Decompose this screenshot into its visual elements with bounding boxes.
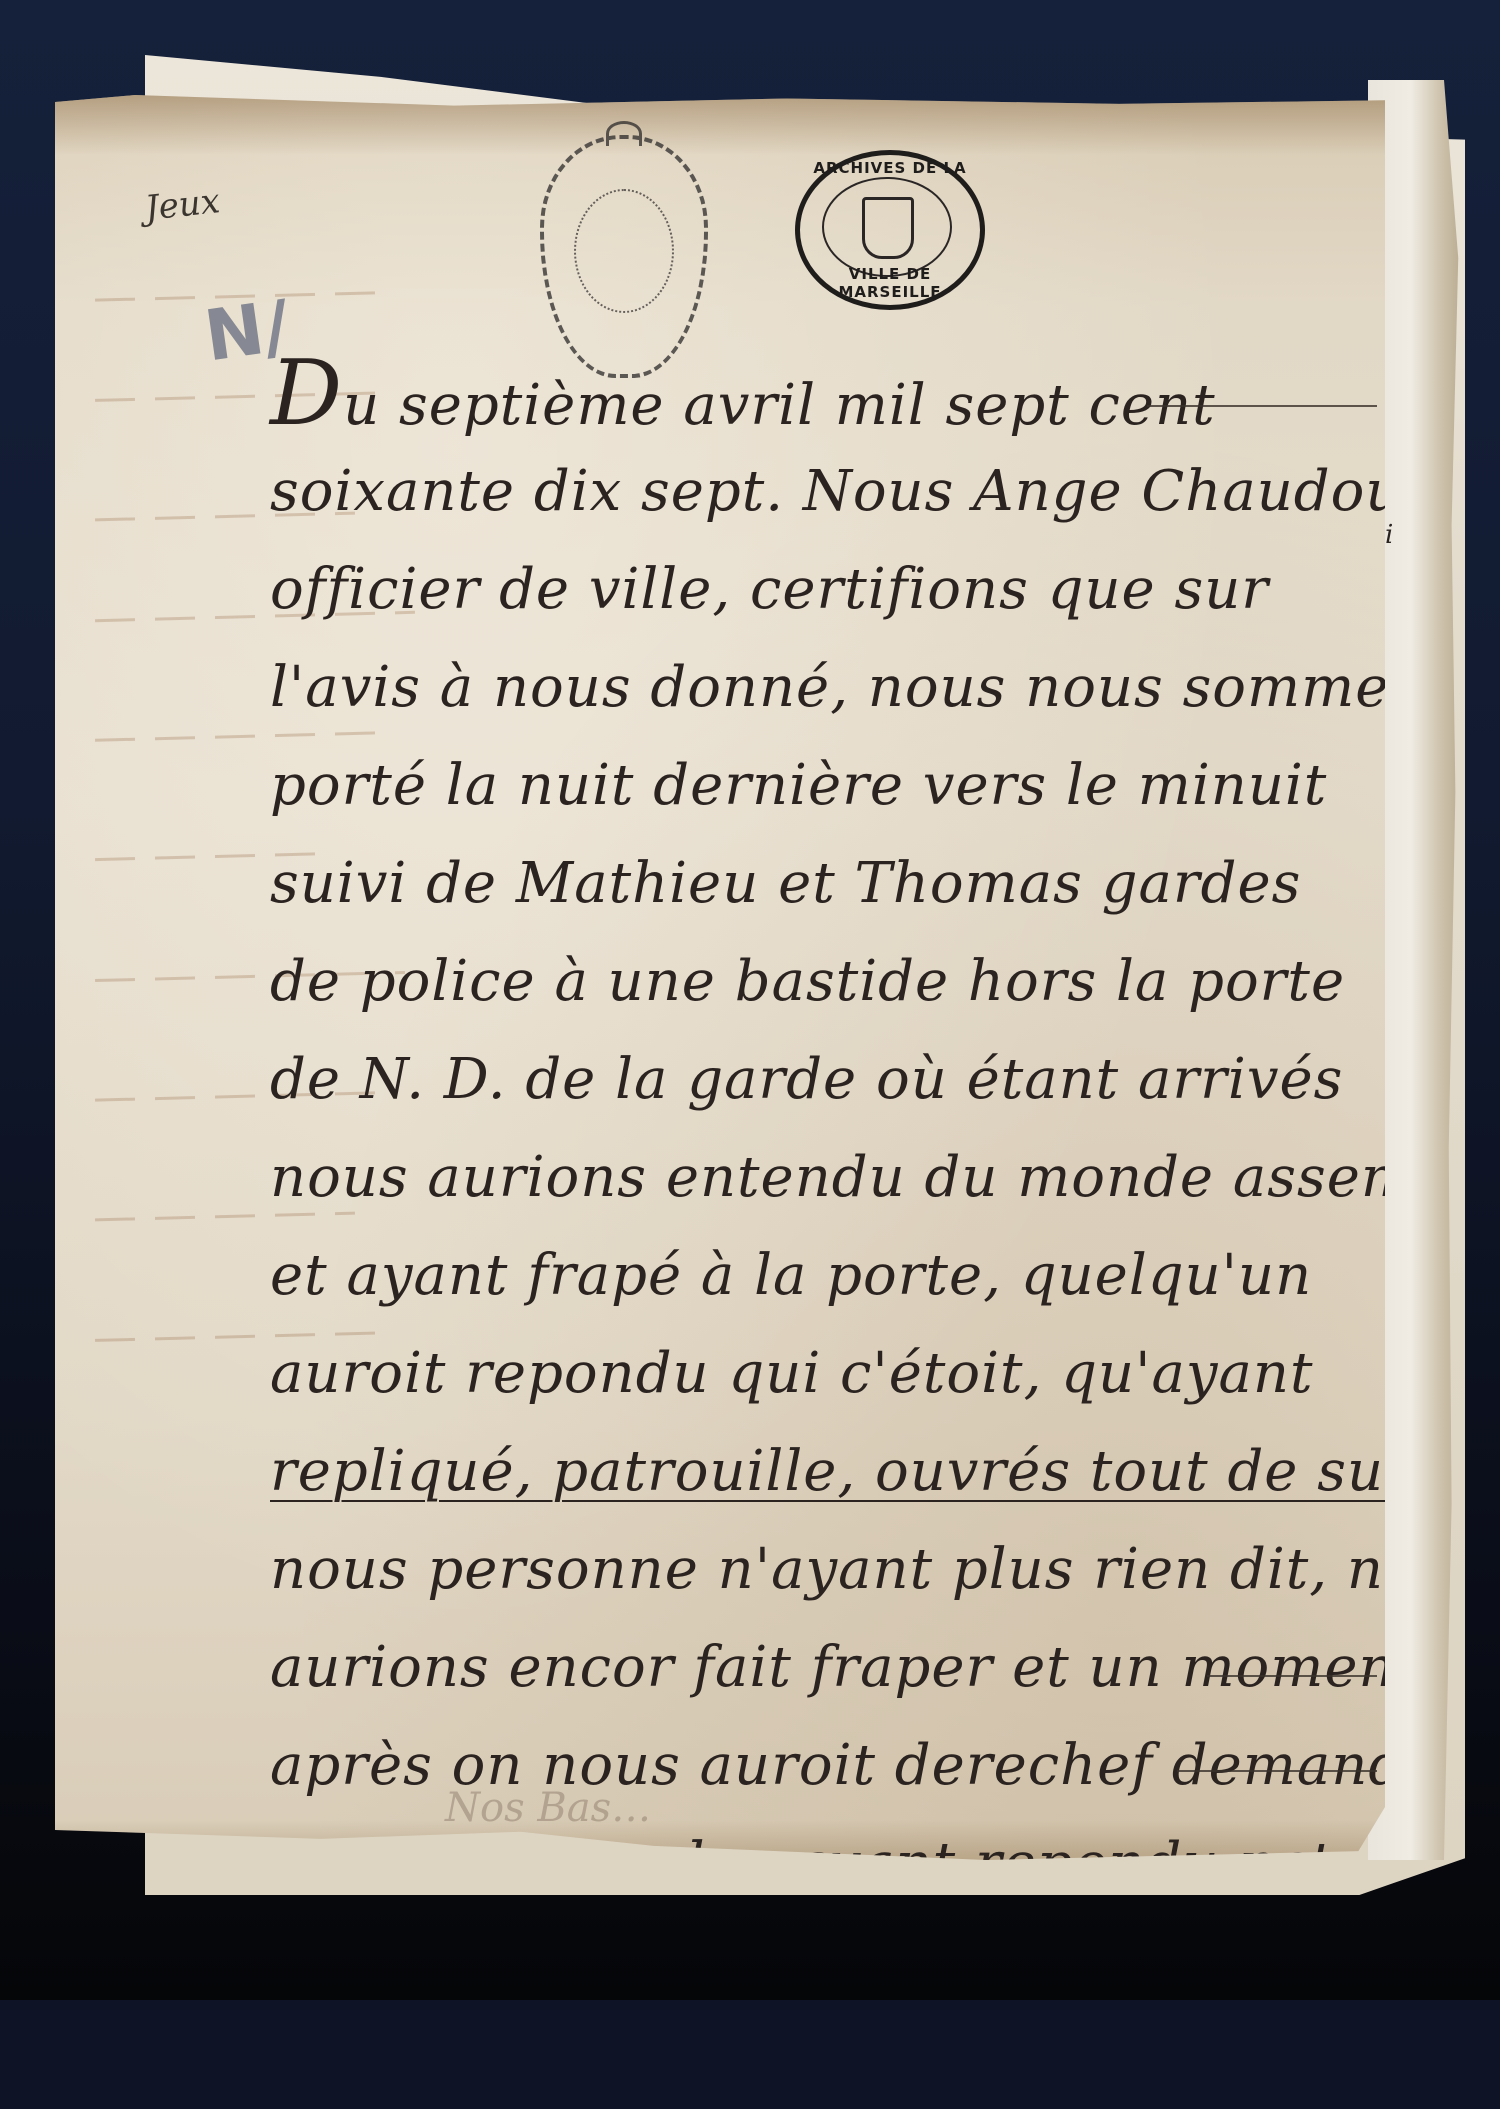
text-line: officier de ville, certifions que sur xyxy=(270,541,1380,639)
text-line: l'avis à nous donné, nous nous sommes xyxy=(270,639,1380,737)
city-arms-icon xyxy=(862,197,914,259)
text-line: nous aurions entendu du monde assemblé xyxy=(270,1129,1380,1227)
text-line: soixante dix sept. Nous Ange Chaudouin xyxy=(270,443,1380,541)
text-line: nous personne n'ayant plus rien dit, nou… xyxy=(270,1521,1380,1619)
line-filler-rule xyxy=(1207,1675,1377,1677)
text-line: aurions encor fait fraper et un moment xyxy=(270,1619,1380,1717)
bleed-through-text: Nos Bas… xyxy=(445,1785,651,1831)
tax-stamp-cartouche xyxy=(540,135,708,378)
text-line: de N. D. de la garde où étant arrivés xyxy=(270,1031,1380,1129)
fleur-de-lis-emblem-icon xyxy=(574,189,674,313)
manuscript-page: Jeux N/ ARCHIVES DE LA VILLE DE MARSEILL… xyxy=(55,95,1385,1860)
text-line: Du septième avril mil sept cent xyxy=(270,345,1380,443)
text-line: auroit repondu qui c'étoit, qu'ayant xyxy=(270,1325,1380,1423)
seal-text-bottom: VILLE DE MARSEILLE xyxy=(800,265,980,301)
underlined-text: repliqué, patrouille, ouvrés tout de sui… xyxy=(270,1439,1461,1504)
text-line: et ayant frapé à la porte, quelqu'un xyxy=(270,1227,1380,1325)
seal-text-top: ARCHIVES DE LA xyxy=(800,159,980,177)
right-margin-mark: i xyxy=(1385,520,1393,550)
text-line: suivi de Mathieu et Thomas gardes xyxy=(270,835,1380,933)
text-line: porté la nuit dernière vers le minuit xyxy=(270,737,1380,835)
margin-note: Jeux xyxy=(143,181,222,229)
handwritten-text: Du septième avril mil sept cent soixante… xyxy=(270,345,1380,2000)
crown-icon xyxy=(606,121,642,146)
text-line: après on nous auroit derechef demandé xyxy=(270,1717,1380,1815)
top-stain xyxy=(55,95,1385,155)
line-filler-rule xyxy=(1147,405,1377,407)
text-line: de police à une bastide hors la porte xyxy=(270,933,1380,1031)
text-line-underlined: repliqué, patrouille, ouvrés tout de sui… xyxy=(270,1423,1380,1521)
archive-seal-stamp: ARCHIVES DE LA VILLE DE MARSEILLE xyxy=(795,150,985,310)
line-filler-rule xyxy=(1177,1770,1377,1772)
